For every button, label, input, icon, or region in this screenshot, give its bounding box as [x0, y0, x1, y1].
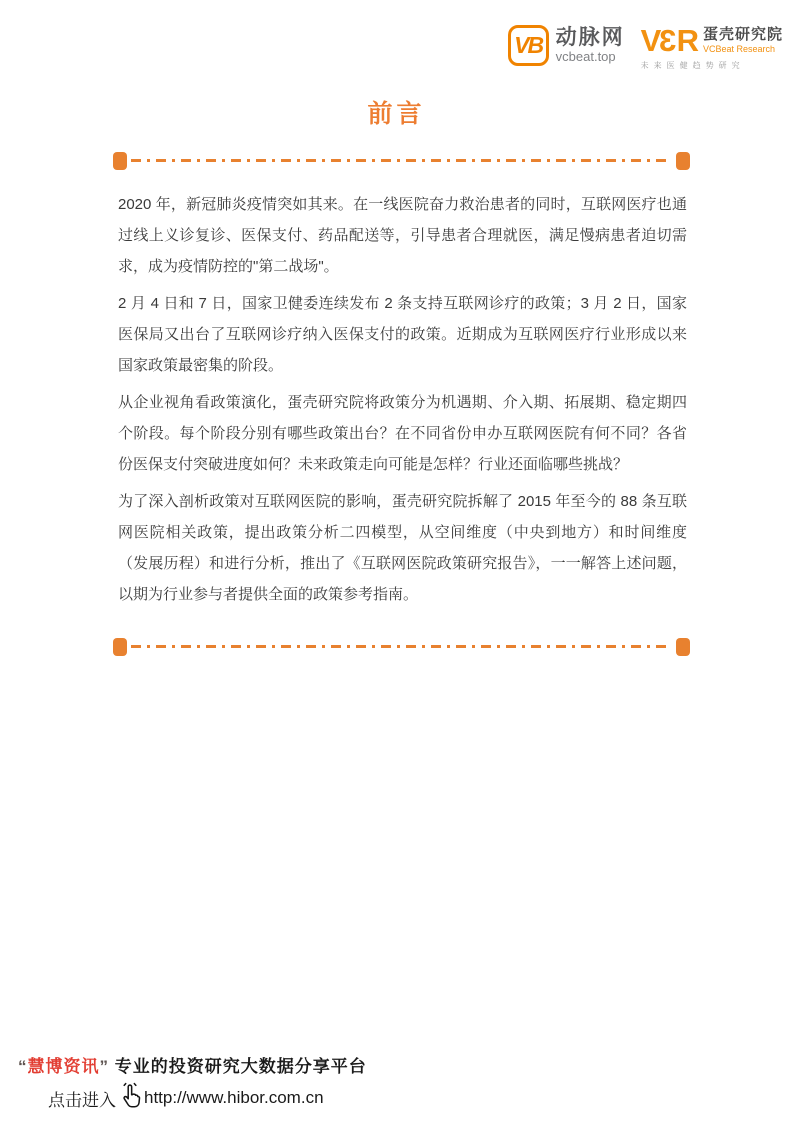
paragraph-3: 从企业视角看政策演化，蛋壳研究院将政策分为机遇期、介入期、拓展期、稳定期四个阶段…	[118, 387, 687, 480]
vcbeat-logo: VB 动脉网 vcbeat.top	[508, 25, 625, 66]
hibor-link-line: 点击进入 http://www.hibor.com.cn	[48, 1082, 367, 1114]
top-divider	[113, 151, 690, 170]
pointing-hand-icon	[119, 1082, 142, 1114]
bottom-divider	[113, 637, 690, 656]
vbr-logo-slogan: 未来医健趋势研究	[641, 60, 783, 71]
divider-dashed-line	[131, 645, 672, 648]
paragraph-2: 2 月 4 日和 7 日，国家卫健委连续发布 2 条支持互联网诊疗的政策；3 月…	[118, 288, 687, 381]
hibor-cta[interactable]: 点击进入	[48, 1086, 116, 1111]
vcbeat-logo-domain: vcbeat.top	[556, 50, 625, 64]
vbr-logo-text: 蛋壳研究院 VCBeat Research	[703, 26, 783, 55]
vbr-logo-top: V3R 蛋壳研究院 VCBeat Research	[641, 25, 783, 56]
vbr-logo-name: 蛋壳研究院	[703, 26, 783, 44]
vbr-logo-subtitle: VCBeat Research	[703, 44, 783, 55]
divider-endcap-icon	[676, 152, 690, 170]
hibor-url[interactable]: http://www.hibor.com.cn	[144, 1088, 324, 1108]
hibor-tagline-line: “慧博资讯” 专业的投资研究大数据分享平台	[18, 1052, 367, 1077]
divider-endcap-icon	[113, 152, 127, 170]
vbr-monogram-3: 3	[660, 25, 676, 56]
divider-dashed-line	[131, 159, 672, 162]
content-area: 2020 年，新冠肺炎疫情突如其来。在一线医院奋力救治患者的同时，互联网医疗也通…	[113, 151, 690, 656]
preface-paragraphs: 2020 年，新冠肺炎疫情突如其来。在一线医院奋力救治患者的同时，互联网医疗也通…	[113, 189, 690, 610]
page-title: 前言	[0, 94, 793, 130]
close-quote: ”	[100, 1057, 110, 1076]
vcbeat-monogram-icon: VB	[508, 25, 549, 66]
paragraph-4: 为了深入剖析政策对互联网医院的影响，蛋壳研究院拆解了 2015 年至今的 88 …	[118, 486, 687, 610]
divider-endcap-icon	[676, 638, 690, 656]
vbr-monogram-r: R	[677, 23, 698, 58]
vbr-research-logo: V3R 蛋壳研究院 VCBeat Research 未来医健趋势研究	[641, 25, 783, 71]
vbr-monogram-icon: V3R	[641, 25, 698, 56]
hibor-tagline: 专业的投资研究大数据分享平台	[109, 1057, 367, 1076]
open-quote: “	[18, 1057, 28, 1076]
divider-endcap-icon	[113, 638, 127, 656]
vcbeat-logo-text: 动脉网 vcbeat.top	[556, 26, 625, 64]
vcbeat-logo-name: 动脉网	[556, 26, 625, 49]
report-page: VB 动脉网 vcbeat.top V3R 蛋壳研究院 VCBeat Resea…	[0, 0, 793, 1122]
header-logos: VB 动脉网 vcbeat.top V3R 蛋壳研究院 VCBeat Resea…	[508, 25, 783, 71]
vbr-monogram-v: V	[641, 23, 661, 58]
hibor-brand: 慧博资讯	[28, 1057, 100, 1076]
hibor-watermark: “慧博资讯” 专业的投资研究大数据分享平台 点击进入 http://www.hi…	[18, 1052, 367, 1114]
paragraph-1: 2020 年，新冠肺炎疫情突如其来。在一线医院奋力救治患者的同时，互联网医疗也通…	[118, 189, 687, 282]
